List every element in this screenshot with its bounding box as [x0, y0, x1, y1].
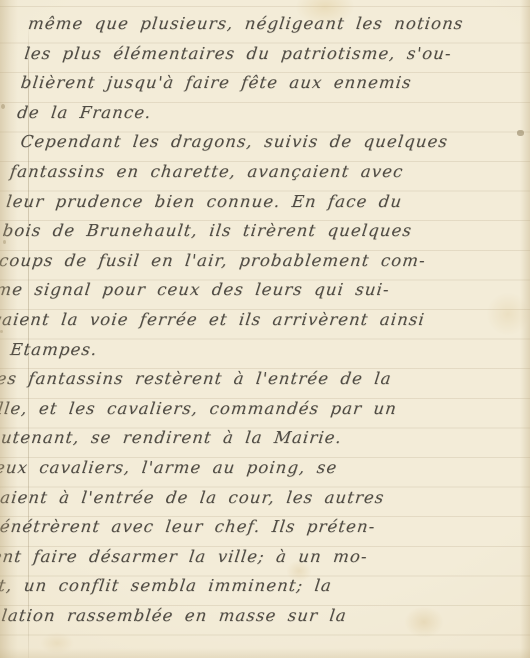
edge-speck [1, 104, 5, 109]
ink-smudge [517, 130, 524, 136]
manuscript-line: blièrent jusqu'à faire fête aux ennemis [19, 68, 519, 98]
manuscript-line: Deux cavaliers, l'arme au poing, se [0, 453, 471, 483]
manuscript-line: bois de Brunehault, ils tirèrent quelque… [1, 216, 501, 246]
manuscript-line: ville, et les cavaliers, commandés par u… [0, 394, 479, 424]
age-stain [40, 632, 74, 654]
manuscript-line: me signal pour ceux des leurs qui sui- [0, 275, 493, 305]
manuscript-line: coups de fusil en l'air, probablement co… [0, 246, 497, 276]
manuscript-line: Les fantassins restèrent à l'entrée de l… [0, 364, 482, 394]
manuscript-line: les plus élémentaires du patriotisme, s'… [23, 39, 523, 69]
manuscript-line: tenaient à l'entrée de la cour, les autr… [0, 483, 468, 513]
manuscript-line: population rassemblée en masse sur la [0, 601, 453, 631]
manuscript-line: de la France. [15, 98, 515, 128]
manuscript-line: ment, un conflit sembla imminent; la [0, 571, 457, 601]
page-right-edge [520, 0, 530, 658]
manuscript-line: Cependant les dragons, suivis de quelque… [12, 127, 512, 157]
manuscript-line: fantassins en charette, avançaient avec [8, 157, 508, 187]
manuscript-text-block: même que plusieurs, négligeant les notio… [0, 9, 526, 630]
manuscript-line: y pénétrèrent avec leur chef. Ils préten… [0, 512, 464, 542]
manuscript-line: lieutenant, se rendirent à la Mairie. [0, 423, 475, 453]
manuscript-line: leur prudence bien connue. En face du [5, 187, 505, 217]
manuscript-line: même que plusieurs, négligeant les notio… [26, 9, 526, 39]
manuscript-line: vaient la voie ferrée et ils arrivèrent … [0, 305, 490, 335]
age-stain [486, 292, 530, 336]
manuscript-line: à Etampes. [0, 335, 486, 365]
page-bottom-edge [0, 648, 530, 658]
manuscript-page: même que plusieurs, négligeant les notio… [0, 0, 530, 658]
manuscript-line: daient faire désarmer la ville; à un mo- [0, 542, 461, 572]
